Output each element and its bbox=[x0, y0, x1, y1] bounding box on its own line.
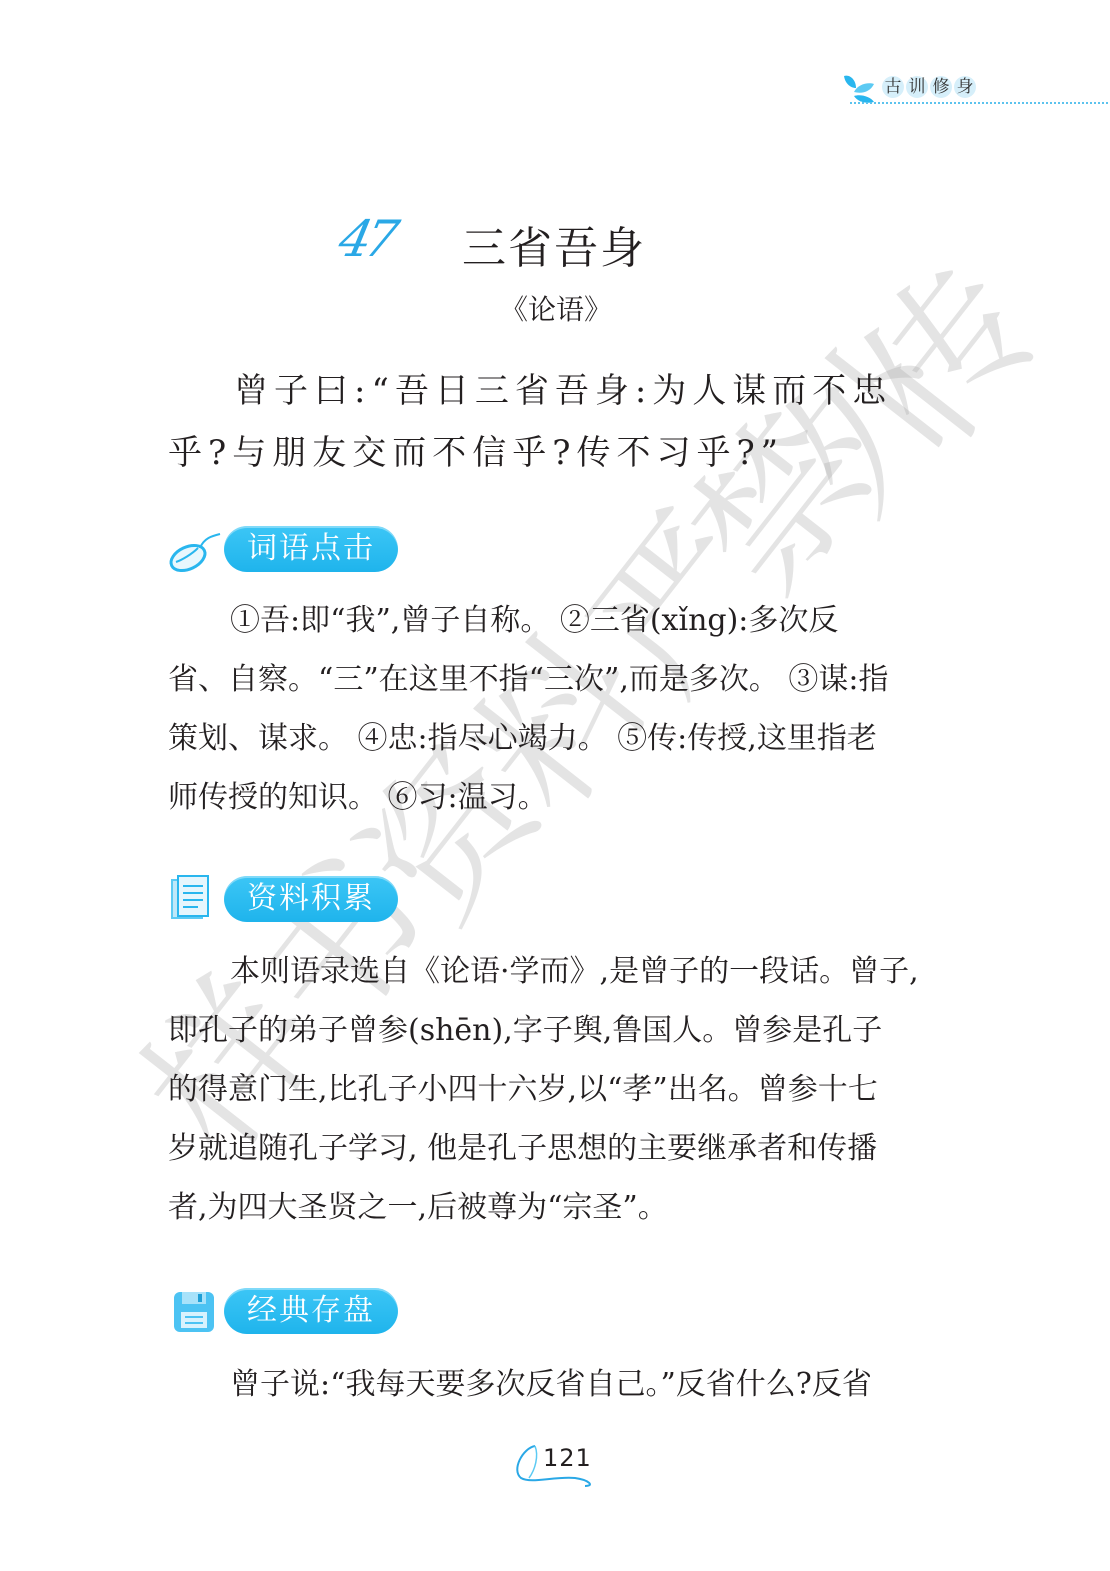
note-line: 师传授的知识。 ⑥习:温习。 bbox=[168, 768, 944, 827]
note-line: 策划、谋求。 ④忠:指尽心竭力。 ⑤传:传授,这里指老 bbox=[168, 709, 944, 768]
classic-text: 曾子说:“我每天要多次反省自己。”反省什么?反省 bbox=[168, 1355, 944, 1414]
header-char: 修 bbox=[930, 76, 952, 98]
lesson-title: 三省吾身 bbox=[462, 212, 646, 276]
header-char: 身 bbox=[954, 76, 976, 98]
page-number: 121 bbox=[505, 1440, 615, 1490]
lesson-number: 47 bbox=[334, 210, 398, 268]
note-line: 省、自察。“三”在这里不指“三次”,而是多次。 ③谋:指 bbox=[168, 650, 944, 709]
document-icon bbox=[168, 874, 224, 924]
vocabulary-notes: ①吾:即“我”,曾子自称。 ②三省(xǐng):多次反 省、自察。“三”在这里不… bbox=[168, 591, 944, 827]
para-line: 即孔子的弟子曾参(shēn),字子舆,鲁国人。曾参是孔子 bbox=[168, 1001, 944, 1060]
header-char: 古 bbox=[882, 76, 904, 98]
para-line: 曾子说:“我每天要多次反省自己。”反省什么?反省 bbox=[168, 1355, 944, 1414]
section-label: 词语点击 bbox=[224, 526, 398, 572]
original-line: 曾子曰:“吾日三省吾身:为人谋而不忠 bbox=[168, 360, 948, 422]
running-header: 古 训 修 身 bbox=[840, 70, 1110, 110]
header-section-label: 古 训 修 身 bbox=[882, 76, 978, 98]
original-text: 曾子曰:“吾日三省吾身:为人谋而不忠 乎?与朋友交而不信乎?传不习乎?” bbox=[168, 360, 948, 484]
mouse-icon bbox=[168, 524, 224, 574]
header-char: 训 bbox=[906, 76, 928, 98]
para-line: 本则语录选自《论语·学而》,是曾子的一段话。曾子, bbox=[168, 942, 944, 1001]
para-line: 者,为四大圣贤之一,后被尊为“宗圣”。 bbox=[168, 1178, 944, 1237]
dotted-rule bbox=[850, 102, 1108, 104]
page-number-text: 121 bbox=[543, 1444, 592, 1472]
note-line: ①吾:即“我”,曾子自称。 ②三省(xǐng):多次反 bbox=[168, 591, 944, 650]
background-text: 本则语录选自《论语·学而》,是曾子的一段话。曾子, 即孔子的弟子曾参(shēn)… bbox=[168, 942, 944, 1237]
original-line: 乎?与朋友交而不信乎?传不习乎?” bbox=[168, 422, 948, 484]
leaf-icon bbox=[840, 72, 880, 106]
para-line: 岁就追随孔子学习, 他是孔子思想的主要继承者和传播 bbox=[168, 1119, 944, 1178]
section-label: 经典存盘 bbox=[224, 1288, 398, 1334]
section-label: 资料积累 bbox=[224, 876, 398, 922]
para-line: 的得意门生,比孔子小四十六岁,以“孝”出名。曾参十七 bbox=[168, 1060, 944, 1119]
floppy-disk-icon bbox=[168, 1286, 224, 1336]
lesson-source: 《论语》 bbox=[500, 288, 612, 328]
